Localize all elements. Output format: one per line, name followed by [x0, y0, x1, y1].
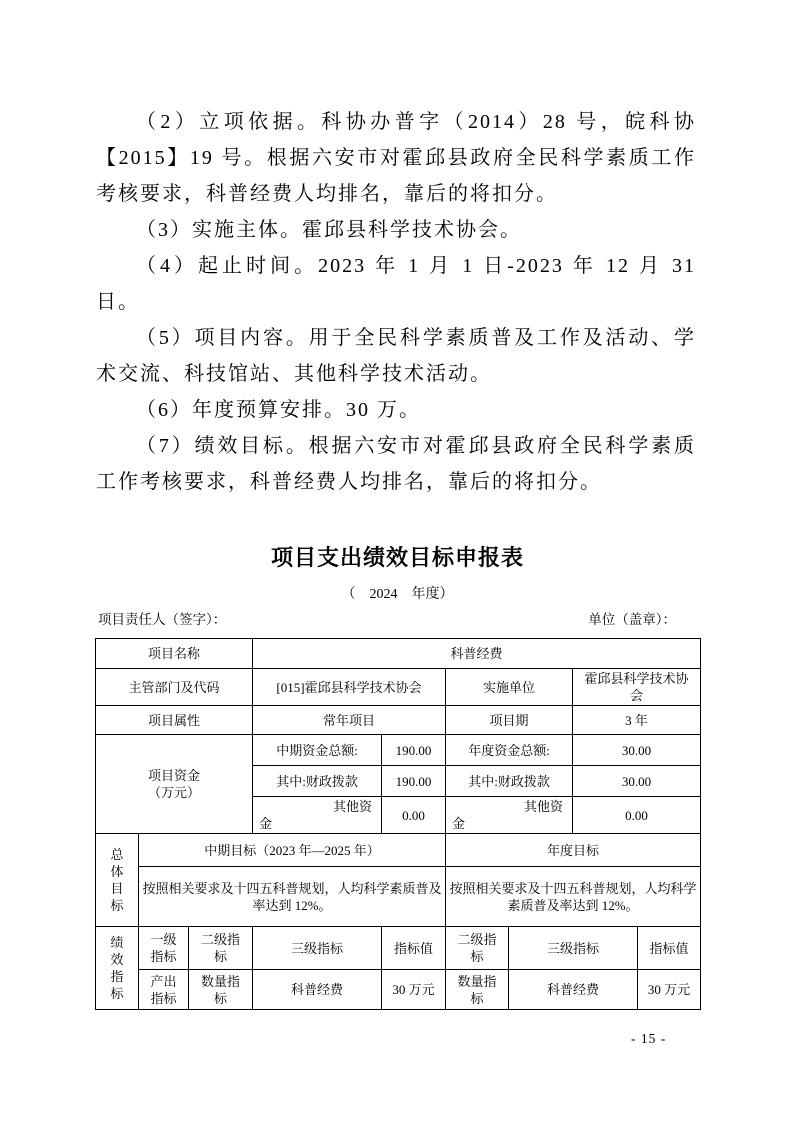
- paragraph-7: （7）绩效目标。根据六安市对霍邱县政府全民科学素质工作考核要求，科普经费人均排名…: [96, 428, 696, 500]
- paragraph-4: （4）起止时间。2023 年 1 月 1 日-2023 年 12 月 31 日。: [96, 248, 696, 320]
- mid-other-label-line1: 其他资: [333, 798, 379, 815]
- table-row: 项目属性 常年项目 项目期 3 年: [96, 706, 701, 735]
- cell-department-label: 主管部门及代码: [96, 669, 253, 706]
- cell-mid-total-label: 中期资金总额:: [253, 735, 382, 766]
- cell-indicator-value-header: 指标值: [382, 927, 446, 970]
- impl-unit-value-text: 霍邱县科学技术协会: [584, 670, 690, 704]
- cell-project-name-label: 项目名称: [96, 639, 253, 669]
- cell-period-label: 项目期: [446, 706, 573, 735]
- page-number: - 15 -: [631, 1031, 666, 1047]
- cell-attribute-label: 项目属性: [96, 706, 253, 735]
- paragraph-3: （3）实施主体。霍邱县科学技术协会。: [96, 212, 696, 248]
- paragraph-5: （5）项目内容。用于全民科学素质普及工作及活动、学术交流、科技馆站、其他科学技术…: [96, 320, 696, 392]
- form-title: 项目支出绩效目标申报表: [95, 541, 700, 572]
- cell-l1-indicator: 产出指标: [139, 970, 189, 1010]
- cell-overall-goal-header: 总体目标: [96, 834, 139, 927]
- cell-l2-indicator-header-right: 二级指标: [446, 927, 509, 970]
- table-row: 绩效指标 一级指标 二级指标 三级指标 指标值 二级指标 三级指标 指标值: [96, 927, 701, 970]
- cell-l3-indicator: 科普经费: [253, 970, 382, 1010]
- cell-year-goal-text: 按照相关要求及十四五科普规划，人均科学素质普及率达到 12%。: [446, 867, 701, 927]
- body-text: （2）立项依据。科协办普字（2014）28 号，皖科协【2015】19 号。根据…: [96, 104, 696, 500]
- cell-mid-goal-text: 按照相关要求及十四五科普规划，人均科学素质普及率达到 12%。: [139, 867, 446, 927]
- unit-seal-label: 单位（盖章）：: [588, 608, 676, 628]
- form-subtitle-year: （ 2024 年度）: [95, 583, 700, 603]
- funding-header-line2: （万元）: [98, 784, 250, 801]
- cell-mid-other-label: 其他资 金: [253, 797, 382, 834]
- cell-indicator-value: 30 万元: [382, 970, 446, 1010]
- l2-indicator-header-right-text: 二级指标: [456, 931, 498, 965]
- cell-impl-unit-label: 实施单位: [446, 669, 573, 706]
- signer-label: 项目责任人（签字）：: [98, 608, 226, 628]
- cell-indicator-value-right: 30 万元: [638, 970, 701, 1010]
- cell-attribute-value: 常年项目: [253, 706, 446, 735]
- cell-department-value: [015]霍邱县科学技术协会: [253, 669, 446, 706]
- cell-year-total-label: 年度资金总额:: [446, 735, 573, 766]
- mid-other-label-wrap: 其他资 金: [255, 798, 379, 832]
- funding-header-line1: 项目资金: [98, 767, 250, 784]
- cell-project-name-value: 科普经费: [253, 639, 701, 669]
- cell-impl-unit-value: 霍邱县科学技术协会: [573, 669, 701, 706]
- cell-l3-indicator-header-right: 三级指标: [509, 927, 638, 970]
- paragraph-6: （6）年度预算安排。30 万。: [96, 392, 696, 428]
- table-row: 项目资金 （万元） 中期资金总额: 190.00 年度资金总额: 30.00: [96, 735, 701, 766]
- performance-header-text: 绩效指标: [110, 934, 124, 1002]
- performance-target-table: 项目名称 科普经费 主管部门及代码 [015]霍邱县科学技术协会 实施单位 霍邱…: [95, 638, 701, 1010]
- cell-year-total-value: 30.00: [573, 735, 701, 766]
- cell-mid-total-value: 190.00: [382, 735, 446, 766]
- table-row: 按照相关要求及十四五科普规划，人均科学素质普及率达到 12%。 按照相关要求及十…: [96, 867, 701, 927]
- paragraph-2: （2）立项依据。科协办普字（2014）28 号，皖科协【2015】19 号。根据…: [96, 104, 696, 212]
- cell-l3-indicator-header: 三级指标: [253, 927, 382, 970]
- table-row: 项目名称 科普经费: [96, 639, 701, 669]
- cell-indicator-value-header-right: 指标值: [638, 927, 701, 970]
- cell-period-value: 3 年: [573, 706, 701, 735]
- cell-mid-other-value: 0.00: [382, 797, 446, 834]
- cell-l1-indicator-header: 一级指标: [139, 927, 189, 970]
- cell-performance-header: 绩效指标: [96, 927, 139, 1010]
- signature-row: 项目责任人（签字）： 单位（盖章）：: [95, 608, 700, 628]
- l2-indicator-text: 数量指标: [200, 973, 242, 1007]
- cell-year-fiscal-value: 30.00: [573, 766, 701, 797]
- l2-indicator-header-text: 二级指标: [200, 931, 242, 965]
- l1-indicator-header-text: 一级指标: [149, 931, 179, 965]
- cell-mid-fiscal-label: 其中:财政拨款: [253, 766, 382, 797]
- cell-l2-indicator-header: 二级指标: [189, 927, 253, 970]
- cell-year-other-value: 0.00: [573, 797, 701, 834]
- l2-indicator-right-text: 数量指标: [456, 973, 498, 1007]
- cell-mid-fiscal-value: 190.00: [382, 766, 446, 797]
- cell-year-other-label: 其他资 金: [446, 797, 573, 834]
- cell-year-goal-header: 年度目标: [446, 834, 701, 867]
- cell-mid-goal-header: 中期目标（2023 年—2025 年）: [139, 834, 446, 867]
- overall-goal-header-text: 总体目标: [110, 846, 124, 914]
- year-other-label-wrap: 其他资 金: [448, 798, 570, 832]
- cell-l3-indicator-right: 科普经费: [509, 970, 638, 1010]
- cell-funding-header: 项目资金 （万元）: [96, 735, 253, 834]
- cell-l2-indicator-right: 数量指标: [446, 970, 509, 1010]
- table-row: 主管部门及代码 [015]霍邱县科学技术协会 实施单位 霍邱县科学技术协会: [96, 669, 701, 706]
- year-other-label-line2: 金: [448, 815, 465, 832]
- l1-indicator-text: 产出指标: [149, 973, 179, 1007]
- year-other-label-line1: 其他资: [524, 798, 570, 815]
- cell-l2-indicator: 数量指标: [189, 970, 253, 1010]
- mid-other-label-line2: 金: [255, 815, 272, 832]
- table-row: 产出指标 数量指标 科普经费 30 万元 数量指标 科普经费 30 万元: [96, 970, 701, 1010]
- document-page: （2）立项依据。科协办普字（2014）28 号，皖科协【2015】19 号。根据…: [0, 0, 793, 1122]
- cell-year-fiscal-label: 其中:财政拨款: [446, 766, 573, 797]
- table-row: 总体目标 中期目标（2023 年—2025 年） 年度目标: [96, 834, 701, 867]
